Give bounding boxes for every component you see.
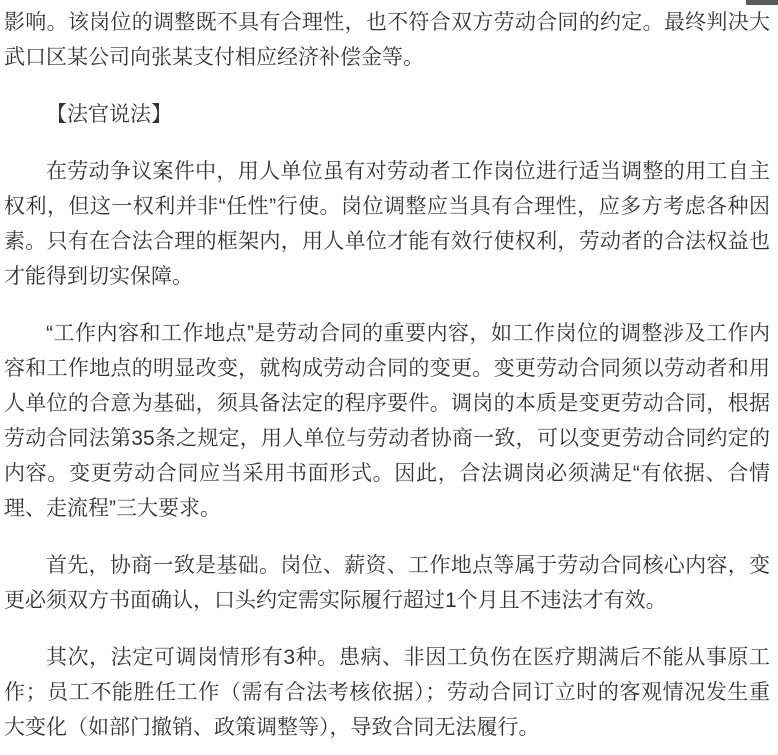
article-body: 影响。该岗位的调整既不具有合理性，也不符合双方劳动合同的约定。最终判决大武口区某…	[0, 0, 778, 745]
paragraph: 在劳动争议案件中，用人单位虽有对劳动者工作岗位进行适当调整的用工自主权利，但这一…	[4, 154, 770, 294]
scrollbar-thumb[interactable]	[746, 0, 778, 5]
paragraph: 其次，法定可调岗情形有3种。患病、非因工负伤在医疗期满后不能从事原工作；员工不能…	[4, 640, 770, 745]
paragraph-continuation: 影响。该岗位的调整既不具有合理性，也不符合双方劳动合同的约定。最终判决大武口区某…	[4, 5, 770, 75]
paragraph: 首先，协商一致是基础。岗位、薪资、工作地点等属于劳动合同核心内容，变更必须双方书…	[4, 548, 770, 618]
section-heading: 【法官说法】	[4, 97, 770, 132]
paragraph: “工作内容和工作地点”是劳动合同的重要内容，如工作岗位的调整涉及工作内容和工作地…	[4, 316, 770, 526]
document-page: { "page": { "background": "#ffffff", "te…	[0, 0, 778, 755]
